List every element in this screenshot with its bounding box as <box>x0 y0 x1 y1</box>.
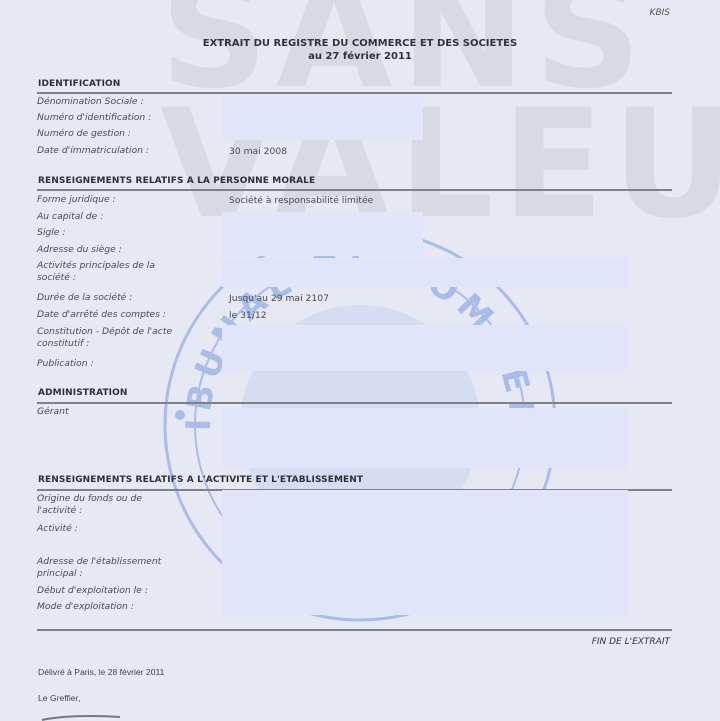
redacted-constitution-publication <box>222 325 628 371</box>
field-label-mode-exploitation: Mode d'exploitation : <box>37 601 134 613</box>
section-administration-heading: ADMINISTRATION <box>38 388 128 398</box>
section-activite-heading: RENSEIGNEMENTS RELATIFS A L'ACTIVITE ET … <box>38 475 363 485</box>
field-label-gerant: Gérant <box>37 406 69 418</box>
section-divider <box>37 402 672 404</box>
field-label-date-arrete-comptes: Date d'arrêté des comptes : <box>37 309 166 321</box>
field-label-origine-fonds: Origine du fonds ou del'activité : <box>37 493 142 517</box>
field-label-duree: Durée de la société : <box>37 292 132 304</box>
document-date: au 27 février 2011 <box>0 51 720 62</box>
redacted-activites-principales <box>222 258 628 287</box>
field-label-activites-principales: Activités principales de lasociété : <box>37 260 155 284</box>
field-label-numero-identification: Numéro d'identification : <box>37 112 151 124</box>
delivery-statement: Délivré à Paris, le 28 février 2011 <box>38 667 164 677</box>
field-label-date-immatriculation: Date d'immatriculation : <box>37 145 149 157</box>
doc-type-label: KBIS <box>650 8 670 18</box>
redacted-activite <box>222 490 628 615</box>
field-label-adresse-siege: Adresse du siège : <box>37 244 122 256</box>
field-value-duree: Jusqu'au 29 mai 2107 <box>229 293 329 304</box>
field-label-constitution: Constitution - Dépôt de l'acteconstituti… <box>37 326 172 350</box>
end-of-extract-label: FIN DE L'EXTRAIT <box>592 637 670 647</box>
document-title: EXTRAIT DU REGISTRE DU COMMERCE ET DES S… <box>0 38 720 49</box>
field-label-forme-juridique: Forme juridique : <box>37 194 116 206</box>
section-identification-heading: IDENTIFICATION <box>38 79 120 89</box>
field-label-capital: Au capital de : <box>37 211 103 223</box>
field-label-debut-exploitation: Début d'exploitation le : <box>37 585 148 597</box>
field-label-activite: Activité : <box>37 523 78 535</box>
kbis-document: SANSVALEUR TRIBUNAL DE COMMERCE GREFFE K… <box>0 0 720 721</box>
signature-icon <box>40 714 140 721</box>
field-label-adresse-etablissement: Adresse de l'établissementprincipal : <box>37 556 161 580</box>
section-divider <box>37 189 672 191</box>
field-label-numero-gestion: Numéro de gestion : <box>37 128 131 140</box>
redacted-capital-sigle-adresse <box>222 212 423 256</box>
end-divider <box>37 629 672 631</box>
section-personne-morale-heading: RENSEIGNEMENTS RELATIFS A LA PERSONNE MO… <box>38 176 315 186</box>
redacted-identification <box>222 97 423 140</box>
field-label-sigle: Sigle : <box>37 227 65 239</box>
redacted-gerant <box>222 408 628 468</box>
field-label-publication: Publication : <box>37 358 94 370</box>
field-value-date-immatriculation: 30 mai 2008 <box>229 146 287 157</box>
signatory-label: Le Greffier, <box>38 693 80 703</box>
field-value-date-arrete-comptes: le 31/12 <box>229 310 267 321</box>
field-label-denomination: Dénomination Sociale : <box>37 96 144 108</box>
field-value-forme-juridique: Société à responsabilité limitée <box>229 195 373 206</box>
section-divider <box>37 92 672 94</box>
